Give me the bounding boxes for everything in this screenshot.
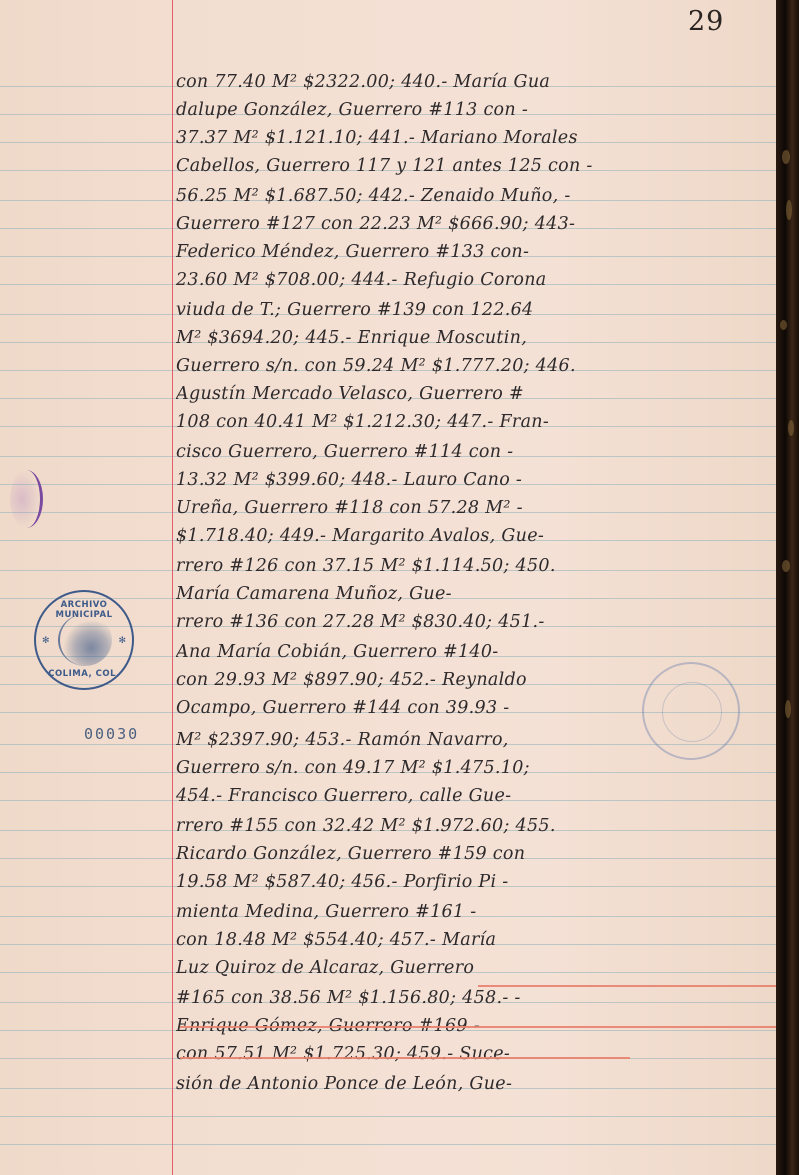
ledger-line: Ana María Cobián, Guerrero #140- [176,638,771,666]
ledger-line: Cabellos, Guerrero 117 y 121 antes 125 c… [176,152,771,180]
ledger-line: 19.58 M² $587.40; 456.- Porfirio Pi - [176,868,771,896]
stamp-emblem-icon [58,614,112,666]
ledger-line: 56.25 M² $1.687.50; 442.- Zenaido Muño, … [176,182,771,210]
ledger-line: viuda de T.; Guerrero #139 con 122.64 [176,296,771,324]
ledger-line: 13.32 M² $399.60; 448.- Lauro Cano - [176,466,771,494]
ledger-line: rrero #126 con 37.15 M² $1.114.50; 450. [176,552,771,580]
ledger-line: María Camarena Muñoz, Gue- [176,580,771,608]
red-underline [180,1026,778,1028]
ruled-line [0,1116,778,1117]
folio-number: 00030 [84,725,139,743]
ledger-line: rrero #136 con 27.28 M² $830.40; 451.- [176,608,771,636]
ledger-line: 23.60 M² $708.00; 444.- Refugio Corona [176,266,771,294]
page-number: 29 [688,6,724,37]
book-binding-edge [776,0,799,1175]
red-underline [180,1057,630,1059]
ruled-line [0,1144,778,1145]
ledger-line: Guerrero s/n. con 49.17 M² $1.475.10; [176,754,771,782]
red-underline [478,985,778,987]
ledger-line: Luz Quiroz de Alcaraz, Guerrero [176,954,771,982]
ledger-line: 454.- Francisco Guerrero, calle Gue- [176,782,771,810]
ledger-line: M² $2397.90; 453.- Ramón Navarro, [176,726,771,754]
ledger-line: con 29.93 M² $897.90; 452.- Reynaldo [176,666,771,694]
ledger-line: con 77.40 M² $2322.00; 440.- María Gua [176,68,771,96]
ledger-line: Ocampo, Guerrero #144 con 39.93 - [176,694,771,722]
ledger-line: #165 con 38.56 M² $1.156.80; 458.- - [176,984,771,1012]
ledger-line: sión de Antonio Ponce de León, Gue- [176,1070,771,1098]
ledger-line: Agustín Mercado Velasco, Guerrero # [176,380,771,408]
ledger-line: dalupe González, Guerrero #113 con - [176,96,771,124]
ledger-page: 29 ARCHIVO MUNICIPAL ✻ ✻ COLIMA, COL. 00… [0,0,778,1175]
ledger-line: Federico Méndez, Guerrero #133 con- [176,238,771,266]
stamp-star-icon: ✻ [118,636,126,646]
ledger-line: con 57.51 M² $1.725.30; 459.- Suce- [176,1040,771,1068]
ledger-line: Guerrero #127 con 22.23 M² $666.90; 443- [176,210,771,238]
stamp-bottom-text: COLIMA, COL. [36,669,132,679]
ledger-line: Ricardo González, Guerrero #159 con [176,840,771,868]
ledger-line: mienta Medina, Guerrero #161 - [176,898,771,926]
ledger-line: con 18.48 M² $554.40; 457.- María [176,926,771,954]
ledger-line: 37.37 M² $1.121.10; 441.- Mariano Morale… [176,124,771,152]
red-margin-line [172,0,173,1175]
stamp-star-icon: ✻ [42,636,50,646]
ledger-line: 108 con 40.41 M² $1.212.30; 447.- Fran- [176,408,771,436]
ledger-line: $1.718.40; 449.- Margarito Avalos, Gue- [176,522,771,550]
ledger-line: rrero #155 con 32.42 M² $1.972.60; 455. [176,812,771,840]
ledger-line: M² $3694.20; 445.- Enrique Moscutin, [176,324,771,352]
purple-ink-mark [10,470,43,528]
ledger-line: Guerrero s/n. con 59.24 M² $1.777.20; 44… [176,352,771,380]
ledger-line: Ureña, Guerrero #118 con 57.28 M² - [176,494,771,522]
ledger-line: cisco Guerrero, Guerrero #114 con - [176,438,771,466]
archivo-municipal-stamp: ARCHIVO MUNICIPAL ✻ ✻ COLIMA, COL. [34,590,134,690]
